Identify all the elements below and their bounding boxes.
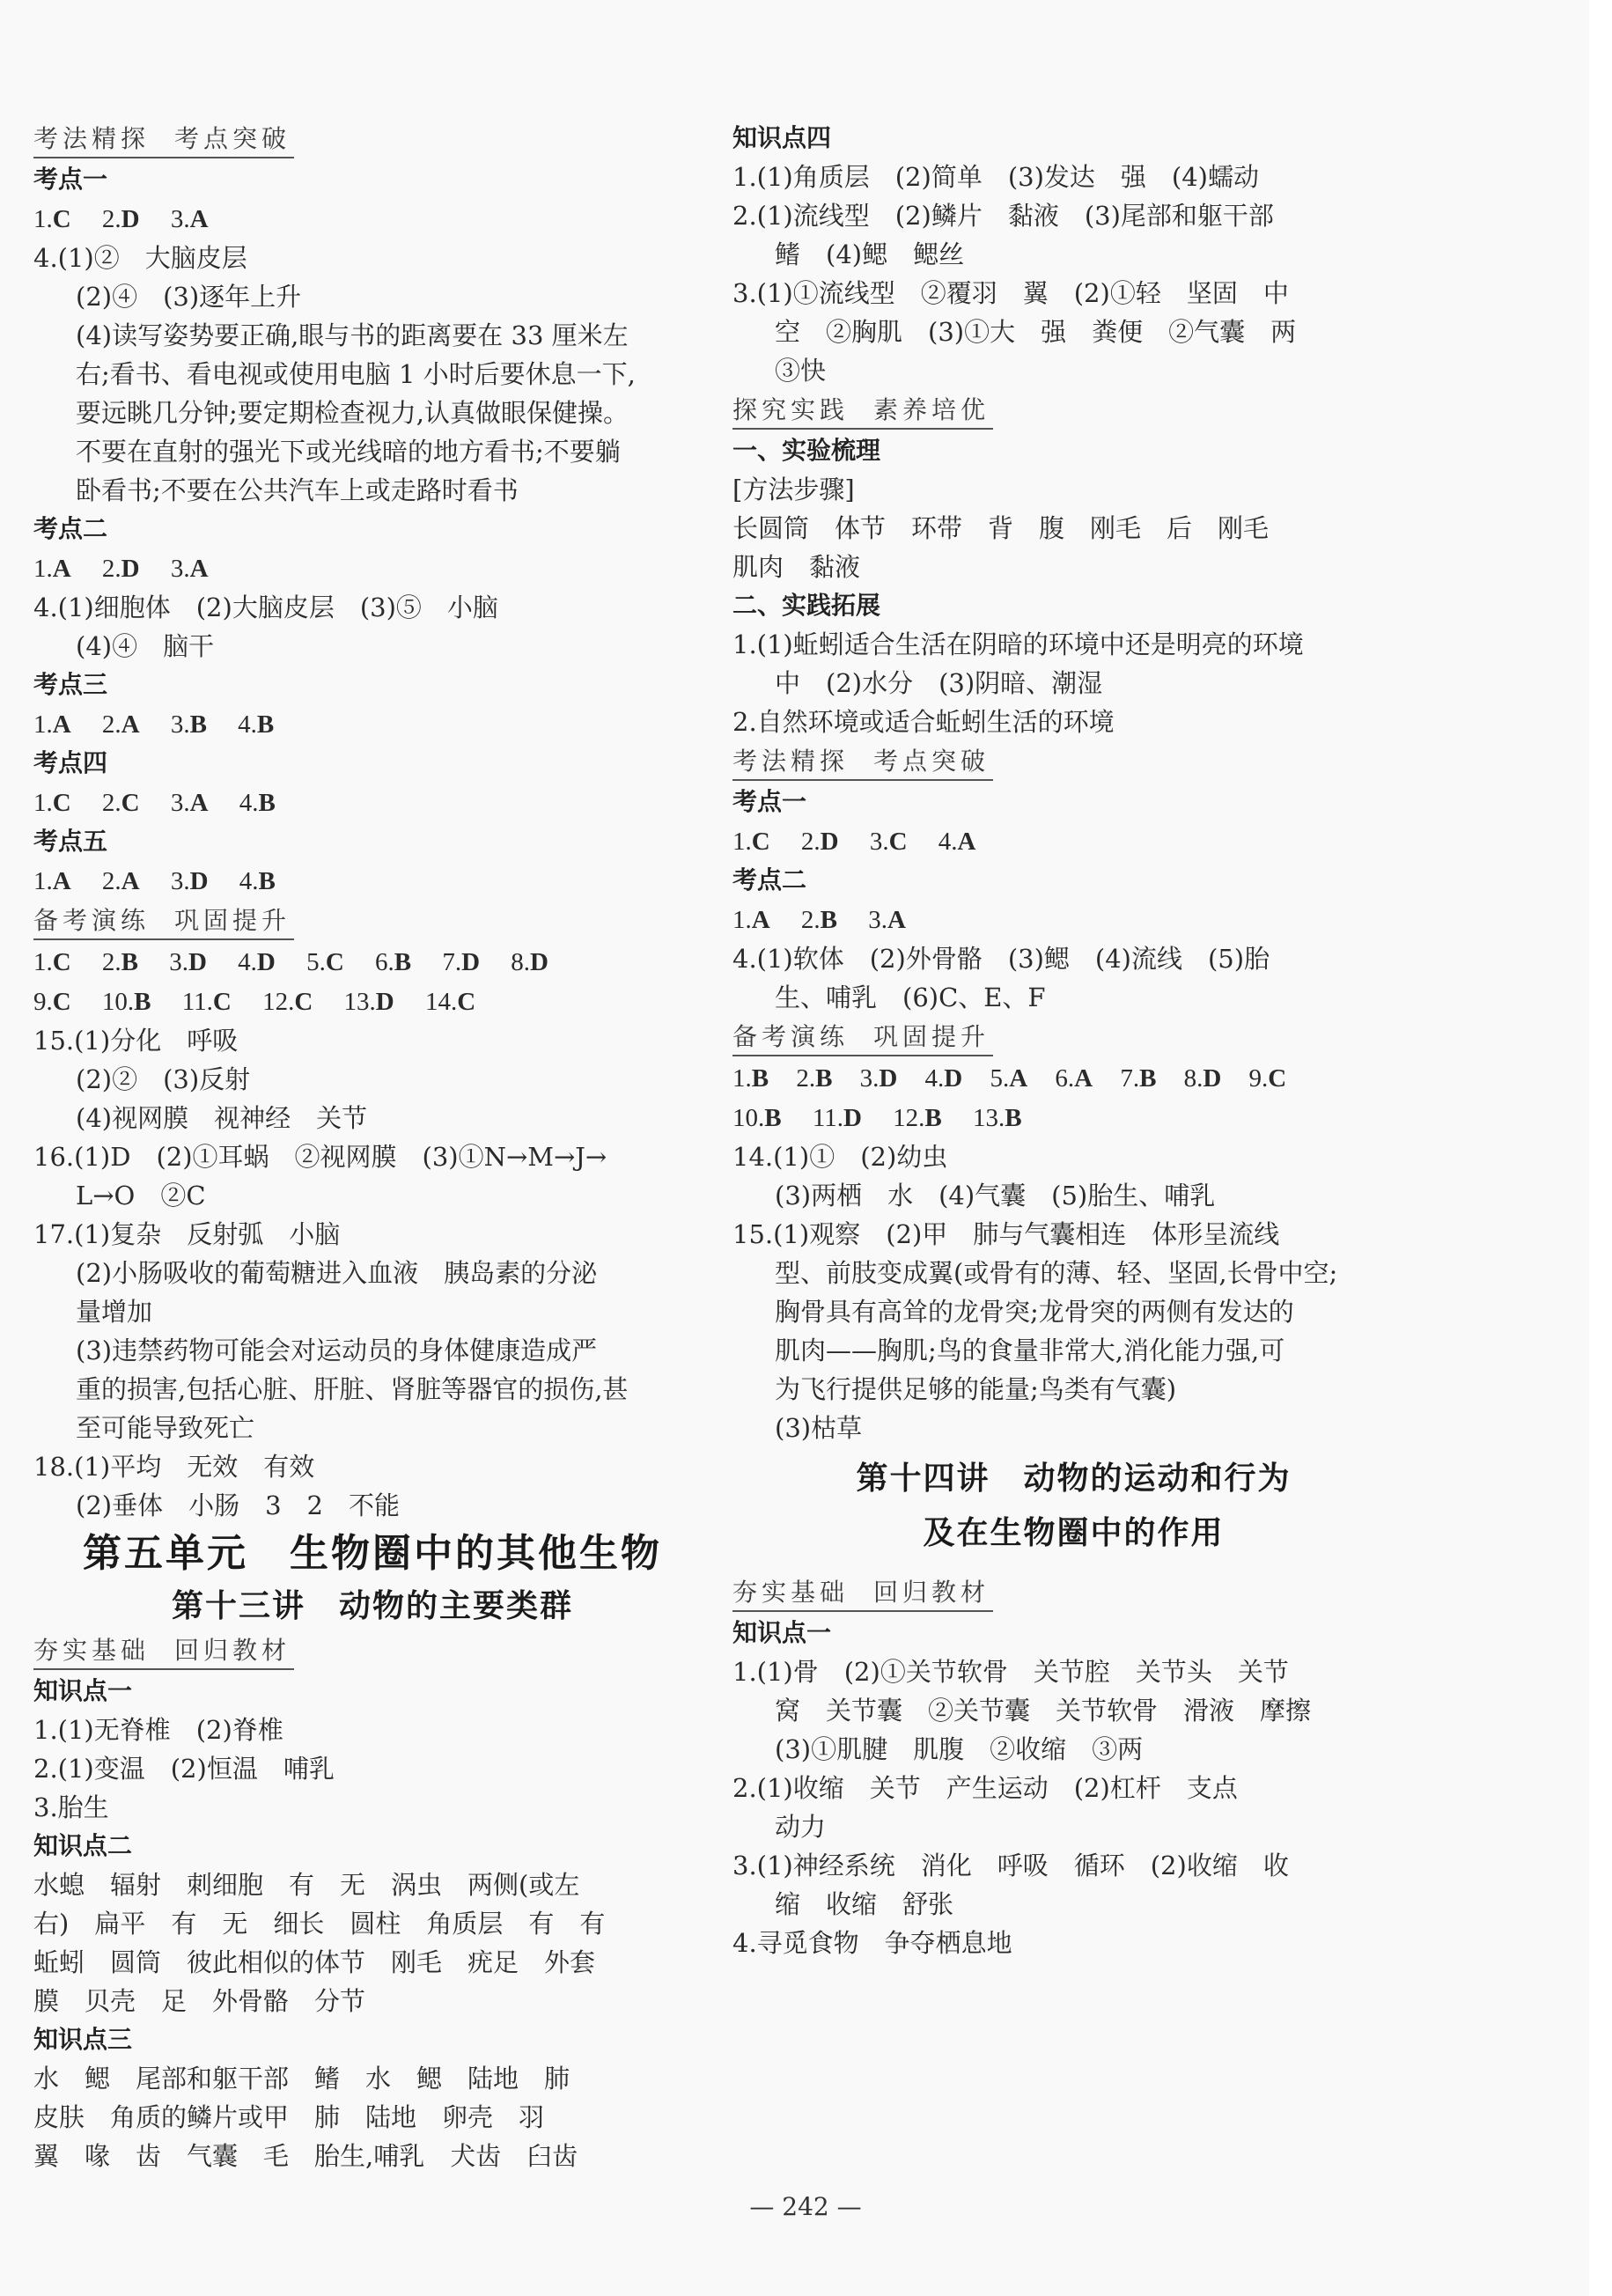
zhishidian-1-title: 知识点一 <box>732 1614 1415 1652</box>
mc-answer: 7.D <box>442 942 480 982</box>
answer-line: 右) 扁平 有 无 细长 圆柱 角质层 有 有 <box>33 1904 711 1943</box>
answer-line: (4)④ 脑干 <box>33 627 711 666</box>
mc-answer: 3.B <box>171 704 207 744</box>
lecture-13-title: 第十三讲 动物的主要类群 <box>33 1581 711 1630</box>
mc-answer: 6.A <box>1055 1058 1093 1098</box>
section-header-part1: 夯实基础 <box>732 1578 849 1607</box>
section-header-part2: 回归教材 <box>174 1636 291 1665</box>
kaodian-1-mc-answers: 1.C 2.D 3.A <box>33 199 711 239</box>
answer-line: 膜 贝壳 足 外骨骼 分节 <box>33 1982 711 2020</box>
mc-answer: 8.D <box>511 942 548 982</box>
section-header-part1: 探究实践 <box>732 395 849 424</box>
mc-answer: 2.D <box>102 548 140 588</box>
mc-answer: 2.B <box>102 942 138 982</box>
kaodian-2-mc-answers: 1.A 2.D 3.A <box>33 548 711 588</box>
mc-answer: 1.C <box>33 942 71 982</box>
answer-line: (3)①肌腱 肌腹 ②收缩 ③两 <box>732 1730 1415 1769</box>
answer-line: 肌肉——胸肌;鸟的食量非常大,消化能力强,可 <box>732 1331 1415 1370</box>
answer-line: (3)违禁药物可能会对运动员的身体健康造成严 <box>33 1331 711 1370</box>
zhishidian-1-title: 知识点一 <box>33 1672 711 1711</box>
kaodian-5-title: 考点五 <box>33 822 711 861</box>
mc-answer: 1.A <box>732 900 770 939</box>
experiment-review-title: 一、实验梳理 <box>732 431 1415 470</box>
mc-answer: 3.A <box>171 783 209 822</box>
mc-answer: 4.B <box>238 704 274 744</box>
kaodian-1-title: 考点一 <box>732 783 1415 821</box>
answer-line: 1.(1)骨 (2)①关节软骨 关节腔 关节头 关节 <box>732 1652 1415 1691</box>
practice-mc-row-1: 1.C 2.B 3.D 4.D 5.C 6.B 7.D 8.D <box>33 942 711 982</box>
mc-answer: 13.B <box>973 1098 1022 1137</box>
answer-line: 2.(1)流线型 (2)鳞片 黏液 (3)尾部和躯干部 <box>732 196 1415 235</box>
mc-answer: 4.B <box>239 861 276 901</box>
answer-line: 15.(1)分化 呼吸 <box>33 1021 711 1060</box>
mc-answer: 1.C <box>33 199 71 239</box>
answer-line: 2.(1)变温 (2)恒温 哺乳 <box>33 1749 711 1788</box>
zhishidian-2-title: 知识点二 <box>33 1827 711 1865</box>
answer-line: (2)④ (3)逐年上升 <box>33 277 711 316</box>
section-header-part1: 备考演练 <box>33 906 150 935</box>
answer-line: 4.(1)细胞体 (2)大脑皮层 (3)⑤ 小脑 <box>33 588 711 627</box>
kaodian-5-mc-answers: 1.A 2.A 3.D 4.B <box>33 861 711 901</box>
mc-answer: 3.D <box>171 861 209 901</box>
answer-line: 不要在直射的强光下或光线暗的地方看书;不要躺 <box>33 432 711 471</box>
practice-mc-row-2: 9.C 10.B 11.C 12.C 13.D 14.C <box>33 982 711 1021</box>
answer-line: 翼 喙 齿 气囊 毛 胎生,哺乳 犬齿 臼齿 <box>33 2137 711 2175</box>
answer-line: (2)② (3)反射 <box>33 1060 711 1099</box>
answer-line: 1.(1)无脊椎 (2)脊椎 <box>33 1711 711 1749</box>
answer-line: 水 鳃 尾部和躯干部 鳍 水 鳃 陆地 肺 <box>33 2059 711 2098</box>
left-column: 考法精探考点突破 考点一 1.C 2.D 3.A 4.(1)② 大脑皮层 (2)… <box>33 119 711 2175</box>
kaodian-2-mc-answers: 1.A 2.B 3.A <box>732 900 1415 939</box>
section-header-part2: 素养培优 <box>873 395 990 424</box>
kaodian-2-title: 考点二 <box>33 510 711 548</box>
mc-answer: 2.D <box>801 821 839 861</box>
answer-line: 3.(1)①流线型 ②覆羽 翼 (2)①轻 坚固 中 <box>732 274 1415 313</box>
mc-answer: 2.A <box>102 704 140 744</box>
answer-line: (4)视网膜 视神经 关节 <box>33 1099 711 1137</box>
section-header-part2: 考点突破 <box>873 747 990 776</box>
answer-line: 动力 <box>732 1807 1415 1846</box>
mc-answer: 4.A <box>938 821 976 861</box>
answer-line: L→O ②C <box>33 1176 711 1215</box>
answer-line: 蚯蚓 圆筒 彼此相似的体节 刚毛 疣足 外套 <box>33 1943 711 1982</box>
section-header-hangshi-jichu-2: 夯实基础回归教材 <box>732 1575 993 1612</box>
mc-answer: 10.B <box>102 982 151 1021</box>
method-steps-label: [方法步骤] <box>732 470 1415 509</box>
answer-line: (4)读写姿势要正确,眼与书的距离要在 33 厘米左 <box>33 316 711 355</box>
answer-line: 生、哺乳 (6)C、E、F <box>732 978 1415 1017</box>
mc-answer: 11.D <box>813 1098 862 1137</box>
practice-mc-row-2: 10.B 11.D 12.B 13.B <box>732 1098 1415 1137</box>
answer-line: 右;看书、看电视或使用电脑 1 小时后要休息一下, <box>33 355 711 394</box>
answer-line: 水螅 辐射 刺细胞 有 无 涡虫 两侧(或左 <box>33 1865 711 1904</box>
answer-line: 缩 收缩 舒张 <box>732 1885 1415 1924</box>
mc-answer: 9.C <box>33 982 71 1021</box>
answer-line: 18.(1)平均 无效 有效 <box>33 1447 711 1486</box>
section-header-hangshi-jichu: 夯实基础回归教材 <box>33 1633 294 1670</box>
mc-answer: 12.C <box>262 982 313 1021</box>
answer-line: 至可能导致死亡 <box>33 1409 711 1447</box>
mc-answer: 2.B <box>796 1058 832 1098</box>
answer-line: 为飞行提供足够的能量;鸟类有气囊) <box>732 1370 1415 1409</box>
mc-answer: 7.B <box>1120 1058 1156 1098</box>
kaodian-4-title: 考点四 <box>33 744 711 783</box>
answer-line: 重的损害,包括心脏、肝脏、肾脏等器官的损伤,甚 <box>33 1370 711 1409</box>
answer-line: 16.(1)D (2)①耳蜗 ②视网膜 (3)①N→M→J→ <box>33 1137 711 1176</box>
mc-answer: 8.D <box>1184 1058 1222 1098</box>
kaodian-4-mc-answers: 1.C 2.C 3.A 4.B <box>33 783 711 822</box>
mc-answer: 3.A <box>868 900 906 939</box>
section-header-part1: 考法精探 <box>732 747 849 776</box>
section-header-part1: 考法精探 <box>33 124 150 153</box>
kaodian-3-title: 考点三 <box>33 666 711 704</box>
mc-answer: 1.A <box>33 704 71 744</box>
answer-line: 皮肤 角质的鳞片或甲 肺 陆地 卵壳 羽 <box>33 2098 711 2137</box>
mc-answer: 4.D <box>238 942 276 982</box>
answer-line: 空 ②胸肌 (3)①大 强 粪便 ②气囊 两 <box>732 313 1415 351</box>
mc-answer: 1.A <box>33 548 71 588</box>
answer-line: 要远眺几分钟;要定期检查视力,认真做眼保健操。 <box>33 394 711 432</box>
mc-answer: 3.A <box>171 548 209 588</box>
section-header-part2: 回归教材 <box>873 1578 990 1607</box>
answer-line: 17.(1)复杂 反射弧 小脑 <box>33 1215 711 1254</box>
mc-answer: 14.C <box>425 982 475 1021</box>
answer-line: 型、前肢变成翼(或骨有的薄、轻、坚固,长骨中空; <box>732 1254 1415 1292</box>
section-header-tanjiu-shijian: 探究实践素养培优 <box>732 393 993 430</box>
mc-answer: 3.D <box>860 1058 898 1098</box>
section-header-beikao-yanlian-2: 备考演练巩固提升 <box>732 1019 993 1056</box>
mc-answer: 2.D <box>102 199 140 239</box>
mc-answer: 10.B <box>732 1098 782 1137</box>
answer-line: (2)垂体 小肠 3 2 不能 <box>33 1486 711 1525</box>
practice-extension-title: 二、实践拓展 <box>732 586 1415 625</box>
answer-line: 3.胎生 <box>33 1788 711 1827</box>
lecture-14-title-line-2: 及在生物圈中的作用 <box>732 1505 1415 1560</box>
mc-answer: 1.A <box>33 861 71 901</box>
mc-answer: 3.C <box>870 821 908 861</box>
answer-line: 卧看书;不要在公共汽车上或走路时看书 <box>33 471 711 510</box>
mc-answer: 1.B <box>732 1058 769 1098</box>
answer-line: 1.(1)蚯蚓适合生活在阴暗的环境中还是明亮的环境 <box>732 625 1415 664</box>
mc-answer: 3.D <box>169 942 207 982</box>
answer-line: 2.(1)收缩 关节 产生运动 (2)杠杆 支点 <box>732 1769 1415 1807</box>
answer-line: 3.(1)神经系统 消化 呼吸 循环 (2)收缩 收 <box>732 1846 1415 1885</box>
answer-line: ③快 <box>732 351 1415 390</box>
mc-answer: 5.A <box>990 1058 1027 1098</box>
answer-line: 14.(1)① (2)幼虫 <box>732 1137 1415 1176</box>
mc-answer: 4.D <box>925 1058 963 1098</box>
answer-line: 肌肉 黏液 <box>732 548 1415 586</box>
answer-line: 4.(1)软体 (2)外骨骼 (3)鳃 (4)流线 (5)胎 <box>732 939 1415 978</box>
answer-line: 1.(1)角质层 (2)简单 (3)发达 强 (4)蠕动 <box>732 158 1415 196</box>
right-column: 知识点四 1.(1)角质层 (2)简单 (3)发达 强 (4)蠕动 2.(1)流… <box>732 119 1415 1962</box>
answer-line: 胸骨具有高耸的龙骨突;龙骨突的两侧有发达的 <box>732 1292 1415 1331</box>
kaodian-1-title: 考点一 <box>33 160 711 199</box>
zhishidian-3-title: 知识点三 <box>33 2020 711 2059</box>
mc-answer: 1.C <box>732 821 770 861</box>
mc-answer: 13.D <box>344 982 394 1021</box>
answer-line: (2)小肠吸收的葡萄糖进入血液 胰岛素的分泌 <box>33 1254 711 1292</box>
practice-mc-row-1: 1.B 2.B 3.D 4.D 5.A 6.A 7.B 8.D 9.C <box>732 1058 1415 1098</box>
mc-answer: 3.A <box>171 199 209 239</box>
mc-answer: 4.B <box>239 783 276 822</box>
section-header-part1: 夯实基础 <box>33 1636 150 1665</box>
answer-line: 鳍 (4)鳃 鳃丝 <box>732 235 1415 274</box>
kaodian-2-title: 考点二 <box>732 861 1415 900</box>
kaodian-3-mc-answers: 1.A 2.A 3.B 4.B <box>33 704 711 744</box>
answer-line: 4.(1)② 大脑皮层 <box>33 239 711 277</box>
lecture-14-title-line-1: 第十四讲 动物的运动和行为 <box>732 1451 1415 1505</box>
answer-line: (3)两栖 水 (4)气囊 (5)胎生、哺乳 <box>732 1176 1415 1215</box>
answer-line: 15.(1)观察 (2)甲 肺与气囊相连 体形呈流线 <box>732 1215 1415 1254</box>
answer-line: 中 (2)水分 (3)阴暗、潮湿 <box>732 664 1415 703</box>
section-header-part2: 巩固提升 <box>873 1022 990 1051</box>
answer-line: 2.自然环境或适合蚯蚓生活的环境 <box>732 703 1415 741</box>
mc-answer: 9.C <box>1249 1058 1287 1098</box>
mc-answer: 1.C <box>33 783 71 822</box>
section-header-beikao-yanlian: 备考演练巩固提升 <box>33 903 294 940</box>
section-header-part2: 巩固提升 <box>174 906 291 935</box>
answer-line: 4.寻觅食物 争夺栖息地 <box>732 1924 1415 1962</box>
kaodian-1-mc-answers: 1.C 2.D 3.C 4.A <box>732 821 1415 861</box>
section-header-kaofa-jingtan-2: 考法精探考点突破 <box>732 744 993 781</box>
section-header-part1: 备考演练 <box>732 1022 849 1051</box>
section-header-kaofa-jingtan: 考法精探考点突破 <box>33 121 294 158</box>
section-header-part2: 考点突破 <box>174 124 291 153</box>
mc-answer: 5.C <box>306 942 344 982</box>
zhishidian-4-title: 知识点四 <box>732 119 1415 158</box>
answer-line: 量增加 <box>33 1292 711 1331</box>
mc-answer: 6.B <box>375 942 411 982</box>
unit-title: 第五单元 生物圈中的其他生物 <box>33 1527 711 1581</box>
answer-line: 窝 关节囊 ②关节囊 关节软骨 滑液 摩擦 <box>732 1691 1415 1730</box>
answer-line: (3)枯草 <box>732 1409 1415 1447</box>
page-number: — 242 — <box>669 2192 942 2221</box>
mc-answer: 2.B <box>801 900 837 939</box>
answer-line: 长圆筒 体节 环带 背 腹 刚毛 后 刚毛 <box>732 509 1415 548</box>
mc-answer: 2.C <box>102 783 140 822</box>
mc-answer: 2.A <box>102 861 140 901</box>
mc-answer: 11.C <box>182 982 232 1021</box>
mc-answer: 12.B <box>893 1098 942 1137</box>
